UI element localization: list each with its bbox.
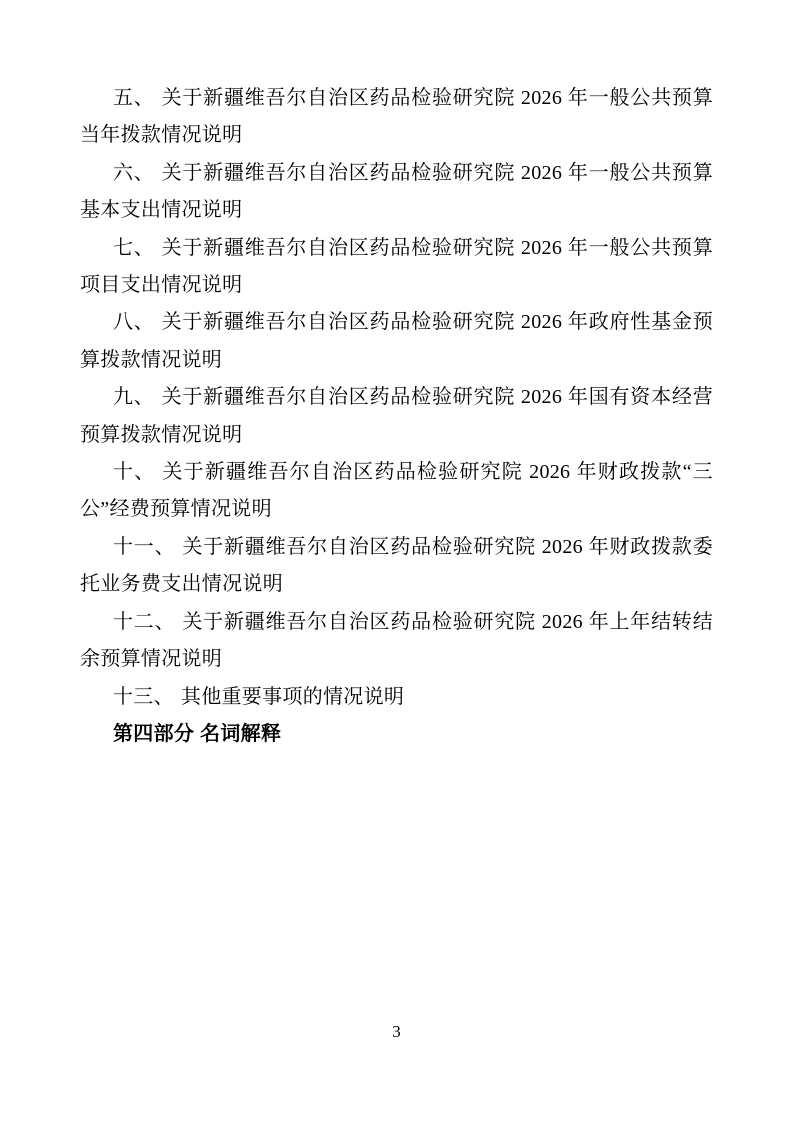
- toc-item: 七、关于新疆维吾尔自治区药品检验研究院 2026 年一般公共预算项目支出情况说明: [80, 230, 713, 305]
- toc-item: 十二、关于新疆维吾尔自治区药品检验研究院 2026 年上年结转结余预算情况说明: [80, 604, 713, 679]
- toc-item: 十三、其他重要事项的情况说明: [80, 679, 713, 716]
- toc-item-number: 十、: [113, 461, 155, 483]
- toc-item-title: 关于新疆维吾尔自治区药品检验研究院 2026 年一般公共预算项目支出情况说明: [80, 237, 713, 296]
- document-page: 五、关于新疆维吾尔自治区药品检验研究院 2026 年一般公共预算当年拨款情况说明…: [0, 0, 793, 1122]
- toc-item: 九、关于新疆维吾尔自治区药品检验研究院 2026 年国有资本经营预算拨款情况说明: [80, 379, 713, 454]
- toc-item: 十、关于新疆维吾尔自治区药品检验研究院 2026 年财政拨款“三公”经费预算情况…: [80, 454, 713, 529]
- toc-item: 五、关于新疆维吾尔自治区药品检验研究院 2026 年一般公共预算当年拨款情况说明: [80, 80, 713, 155]
- toc-item-number: 十一、: [113, 536, 175, 558]
- toc-item-title: 关于新疆维吾尔自治区药品检验研究院 2026 年一般公共预算基本支出情况说明: [80, 162, 713, 221]
- toc-item-number: 九、: [113, 386, 155, 408]
- toc-item-number: 六、: [113, 162, 155, 184]
- toc-item-number: 十三、: [113, 686, 174, 708]
- page-number: 3: [0, 1022, 793, 1042]
- toc-item: 六、关于新疆维吾尔自治区药品检验研究院 2026 年一般公共预算基本支出情况说明: [80, 155, 713, 230]
- toc-item-title: 关于新疆维吾尔自治区药品检验研究院 2026 年政府性基金预算拨款情况说明: [80, 311, 713, 370]
- toc-item-title: 关于新疆维吾尔自治区药品检验研究院 2026 年国有资本经营预算拨款情况说明: [80, 386, 713, 445]
- toc-item-number: 十二、: [113, 611, 175, 633]
- toc-item-title: 关于新疆维吾尔自治区药品检验研究院 2026 年一般公共预算当年拨款情况说明: [80, 87, 713, 146]
- section-heading: 第四部分 名词解释: [80, 716, 713, 753]
- toc-item-number: 八、: [113, 311, 155, 333]
- toc-item-number: 五、: [113, 87, 155, 109]
- toc-item: 八、关于新疆维吾尔自治区药品检验研究院 2026 年政府性基金预算拨款情况说明: [80, 304, 713, 379]
- toc-item: 十一、关于新疆维吾尔自治区药品检验研究院 2026 年财政拨款委托业务费支出情况…: [80, 529, 713, 604]
- toc-item-title: 其他重要事项的情况说明: [181, 686, 404, 708]
- toc-item-title: 关于新疆维吾尔自治区药品检验研究院 2026 年财政拨款“三公”经费预算情况说明: [80, 461, 713, 520]
- toc-item-number: 七、: [113, 237, 155, 259]
- toc-list: 五、关于新疆维吾尔自治区药品检验研究院 2026 年一般公共预算当年拨款情况说明…: [80, 80, 713, 753]
